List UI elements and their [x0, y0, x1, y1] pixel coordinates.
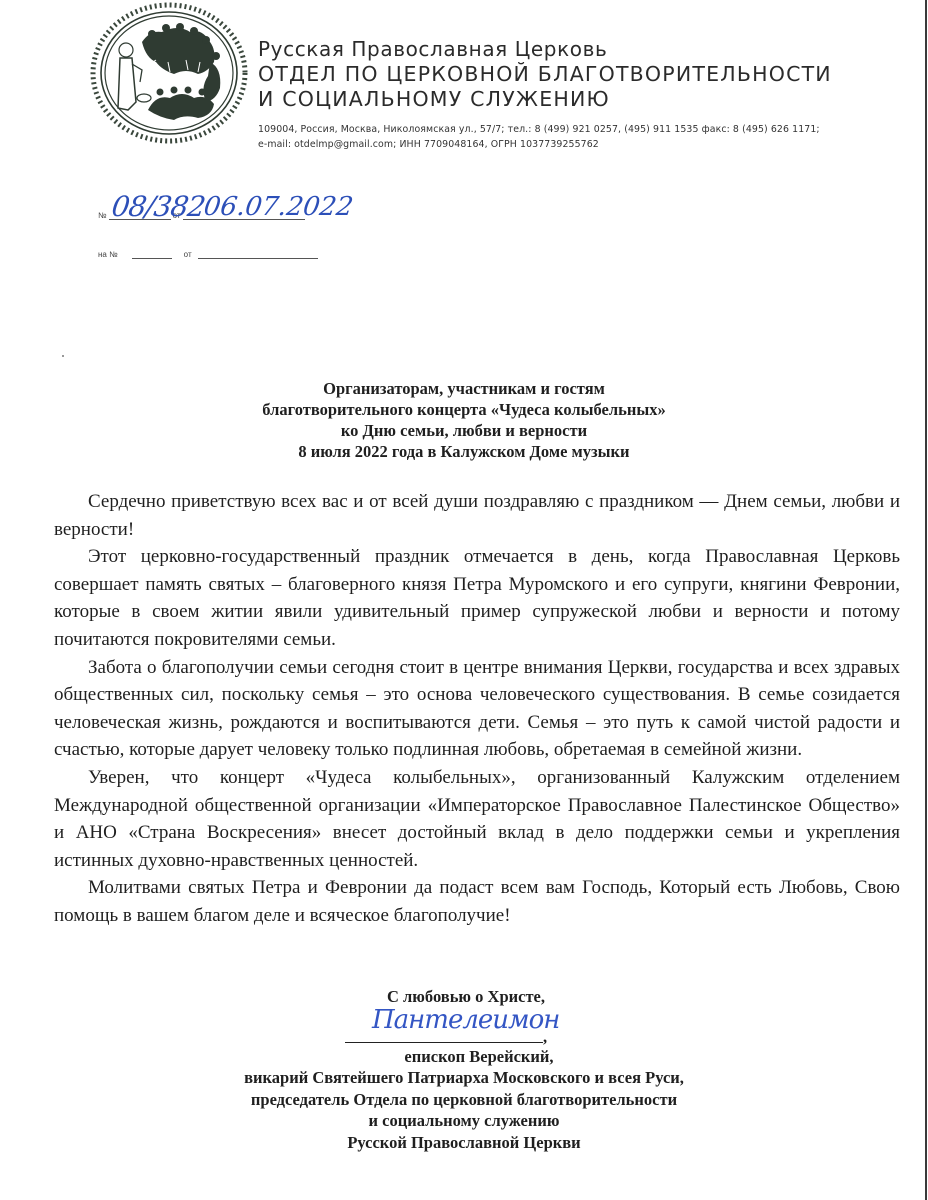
title-line-1: Организаторам, участникам и гостям	[0, 378, 928, 399]
letter-title: Организаторам, участникам и гостям благо…	[0, 378, 928, 462]
paragraph: Этот церковно-государственный праздник о…	[54, 543, 900, 653]
title-line-2: благотворительного концерта «Чудеса колы…	[0, 399, 928, 420]
department-name-line1: ОТДЕЛ ПО ЦЕРКОВНОЙ БЛАГОТВОРИТЕЛЬНОСТИ	[258, 62, 832, 87]
position-line-1: епископ Верейский,	[0, 1046, 928, 1068]
reply-number-label: на №	[98, 250, 118, 259]
paragraph: Сердечно приветствую всех вас и от всей …	[54, 488, 900, 543]
paragraph: Забота о благополучии семьи сегодня стои…	[54, 654, 900, 764]
handwritten-date: 06.07.2022	[202, 192, 355, 222]
title-line-3: ко Дню семьи, любви и верности	[0, 420, 928, 441]
reply-date-label: от	[184, 250, 192, 259]
position-line-5: Русской Православной Церкви	[0, 1132, 928, 1154]
reply-date-field-line	[198, 251, 318, 259]
reply-number-field-line	[132, 251, 172, 259]
position-line-3: председатель Отдела по церковной благотв…	[0, 1089, 928, 1111]
signature-comma: ,	[543, 1026, 547, 1048]
contact-details: 109004, Россия, Москва, Николоямская ул.…	[258, 122, 832, 152]
number-label: №	[98, 211, 107, 220]
church-name: Русская Православная Церковь	[258, 36, 832, 62]
position-line-2: викарий Святейшего Патриарха Московского…	[0, 1067, 928, 1089]
email-tax-line: e-mail: otdelmp@gmail.com; ИНН 770904816…	[258, 137, 832, 152]
signature-line	[345, 1042, 543, 1043]
position-line-4: и социальному служению	[0, 1110, 928, 1132]
signature-block: С любовью о Христе, Пантелеимон , еписко…	[0, 986, 928, 1153]
church-emblem-icon	[90, 2, 248, 145]
scan-speck	[62, 355, 64, 357]
letter-body: Сердечно приветствую всех вас и от всей …	[54, 488, 900, 930]
handwritten-number: 08/382	[110, 190, 207, 223]
title-line-4: 8 июля 2022 года в Калужском Доме музыки	[0, 441, 928, 462]
reply-number-row: на № от	[98, 250, 318, 259]
letterhead: Русская Православная Церковь ОТДЕЛ ПО ЦЕ…	[258, 36, 832, 152]
address-phone-line: 109004, Россия, Москва, Николоямская ул.…	[258, 122, 832, 137]
paragraph: Уверен, что концерт «Чудеса колыбельных»…	[54, 764, 900, 874]
signature-row: Пантелеимон ,	[0, 1008, 928, 1046]
handwritten-signature: Пантелеимон	[372, 1010, 559, 1032]
paragraph: Молитвами святых Петра и Февронии да под…	[54, 874, 900, 929]
department-name-line2: И СОЦИАЛЬНОМУ СЛУЖЕНИЮ	[258, 87, 832, 112]
